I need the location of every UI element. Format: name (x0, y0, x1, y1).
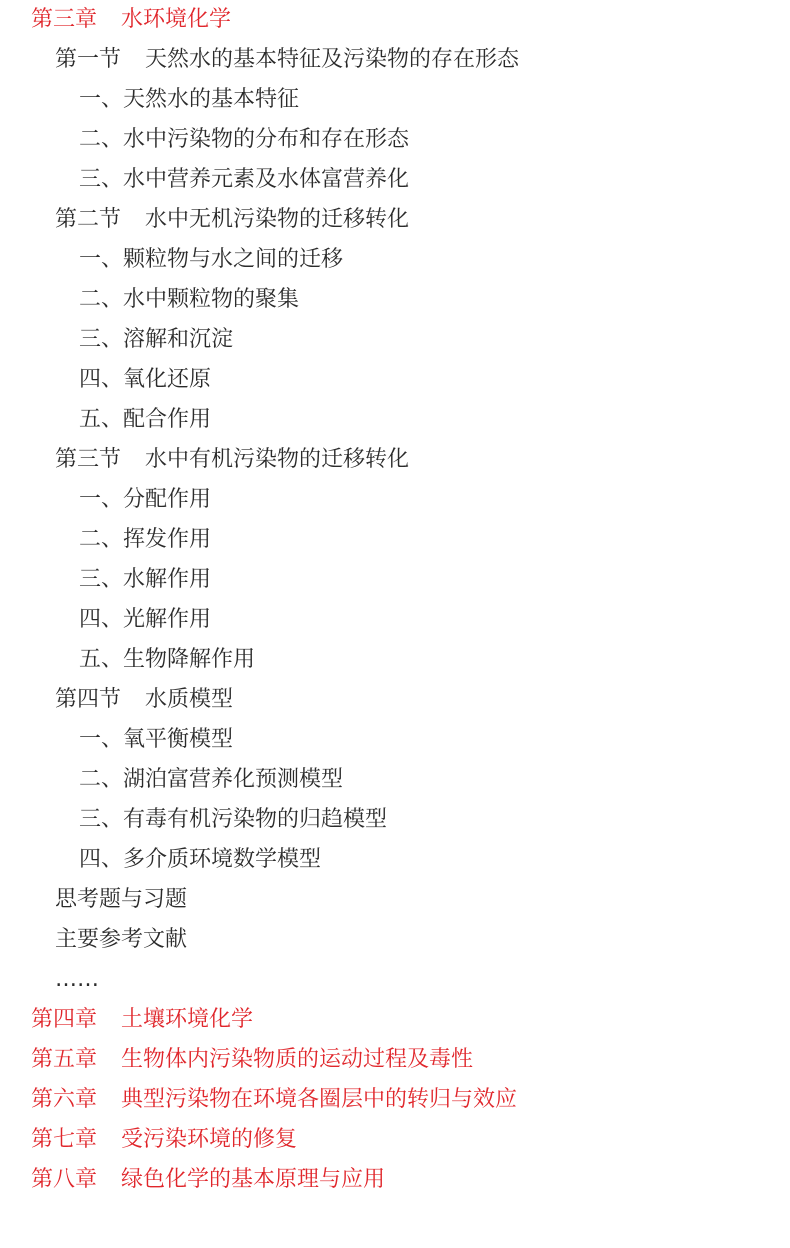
toc-item[interactable]: 二、湖泊富营养化预测模型 (79, 760, 343, 800)
toc-title: 光解作用 (123, 607, 211, 632)
toc-number: 四、 (79, 847, 123, 872)
toc-chapter[interactable]: 第七章受污染环境的修复 (31, 1120, 297, 1160)
toc-item[interactable]: 四、光解作用 (79, 600, 211, 640)
toc-title: 挥发作用 (123, 527, 211, 552)
toc-item[interactable]: 三、水中营养元素及水体富营养化 (79, 160, 409, 200)
toc-title: 主要参考文献 (55, 927, 187, 952)
toc-title: 配合作用 (123, 407, 211, 432)
toc-number: 四、 (79, 367, 123, 392)
toc-item[interactable]: 一、氧平衡模型 (79, 720, 233, 760)
toc-item[interactable]: 二、挥发作用 (79, 520, 211, 560)
toc-number: 一、 (79, 487, 123, 512)
toc-number: 一、 (79, 727, 123, 752)
toc-item[interactable]: 五、生物降解作用 (79, 640, 255, 680)
toc-title: …… (55, 967, 99, 992)
toc-item[interactable]: 三、有毒有机污染物的归趋模型 (79, 800, 387, 840)
toc-number: 三、 (79, 807, 123, 832)
toc-title: 生物体内污染物质的运动过程及毒性 (121, 1047, 473, 1072)
toc-title: 绿色化学的基本原理与应用 (121, 1167, 385, 1192)
toc-number: 一、 (79, 247, 123, 272)
toc-number: 第三节 (55, 447, 121, 472)
toc-title: 分配作用 (123, 487, 211, 512)
toc-number: 三、 (79, 167, 123, 192)
toc-number: 第三章 (31, 7, 97, 32)
toc-item[interactable]: 一、颗粒物与水之间的迁移 (79, 240, 343, 280)
toc-title: 典型污染物在环境各圈层中的转归与效应 (121, 1087, 517, 1112)
toc-title: 水中有机污染物的迁移转化 (145, 447, 409, 472)
toc-title: 思考题与习题 (55, 887, 187, 912)
toc-number: 一、 (79, 87, 123, 112)
toc-title: 水环境化学 (121, 7, 231, 32)
toc-section[interactable]: 第一节天然水的基本特征及污染物的存在形态 (55, 40, 519, 80)
toc-section[interactable]: 第四节水质模型 (55, 680, 233, 720)
toc-number: 五、 (79, 647, 123, 672)
toc-item[interactable]: 一、天然水的基本特征 (79, 80, 299, 120)
toc-item[interactable]: 三、溶解和沉淀 (79, 320, 233, 360)
toc-title: 氧化还原 (123, 367, 211, 392)
toc-item[interactable]: 五、配合作用 (79, 400, 211, 440)
toc-number: 五、 (79, 407, 123, 432)
toc-number: 第四章 (31, 1007, 97, 1032)
toc-title: 天然水的基本特征及污染物的存在形态 (145, 47, 519, 72)
toc-section[interactable]: 第三节水中有机污染物的迁移转化 (55, 440, 409, 480)
toc-number: 二、 (79, 527, 123, 552)
toc-chapter[interactable]: 第八章绿色化学的基本原理与应用 (31, 1160, 385, 1200)
toc-chapter[interactable]: 第六章典型污染物在环境各圈层中的转归与效应 (31, 1080, 517, 1120)
toc-number: 二、 (79, 287, 123, 312)
toc-title: 多介质环境数学模型 (123, 847, 321, 872)
toc-number: 第一节 (55, 47, 121, 72)
toc-item[interactable]: 一、分配作用 (79, 480, 211, 520)
toc-title: 水中无机污染物的迁移转化 (145, 207, 409, 232)
toc-title: 氧平衡模型 (123, 727, 233, 752)
toc-title: 水质模型 (145, 687, 233, 712)
toc-chapter[interactable]: 第四章土壤环境化学 (31, 1000, 253, 1040)
toc-title: 溶解和沉淀 (123, 327, 233, 352)
toc-item[interactable]: 四、多介质环境数学模型 (79, 840, 321, 880)
toc-number: 第六章 (31, 1087, 97, 1112)
toc-title: 水中污染物的分布和存在形态 (123, 127, 409, 152)
toc-item[interactable]: 二、水中污染物的分布和存在形态 (79, 120, 409, 160)
toc-title: 生物降解作用 (123, 647, 255, 672)
toc-section[interactable]: 第二节水中无机污染物的迁移转化 (55, 200, 409, 240)
toc-title: 天然水的基本特征 (123, 87, 299, 112)
toc-number: 二、 (79, 767, 123, 792)
toc-chapter[interactable]: 第五章生物体内污染物质的运动过程及毒性 (31, 1040, 473, 1080)
toc-number: 二、 (79, 127, 123, 152)
toc-title: 有毒有机污染物的归趋模型 (123, 807, 387, 832)
toc-title: 湖泊富营养化预测模型 (123, 767, 343, 792)
toc-title: 水中颗粒物的聚集 (123, 287, 299, 312)
toc-number: 第五章 (31, 1047, 97, 1072)
toc-number: 第八章 (31, 1167, 97, 1192)
toc-title: 土壤环境化学 (121, 1007, 253, 1032)
toc-chapter[interactable]: 第三章水环境化学 (31, 0, 231, 40)
toc-title: 水解作用 (123, 567, 211, 592)
toc-section[interactable]: 思考题与习题 (55, 880, 187, 920)
toc-item[interactable]: 四、氧化还原 (79, 360, 211, 400)
toc-title: 受污染环境的修复 (121, 1127, 297, 1152)
toc-number: 三、 (79, 327, 123, 352)
toc-number: 第二节 (55, 207, 121, 232)
toc-item[interactable]: 三、水解作用 (79, 560, 211, 600)
toc-title: 颗粒物与水之间的迁移 (123, 247, 343, 272)
toc-number: 第七章 (31, 1127, 97, 1152)
toc-item[interactable]: 二、水中颗粒物的聚集 (79, 280, 299, 320)
toc-title: 水中营养元素及水体富营养化 (123, 167, 409, 192)
toc-number: 四、 (79, 607, 123, 632)
toc-section[interactable]: …… (55, 960, 99, 1000)
toc-number: 第四节 (55, 687, 121, 712)
toc-section[interactable]: 主要参考文献 (55, 920, 187, 960)
toc-number: 三、 (79, 567, 123, 592)
